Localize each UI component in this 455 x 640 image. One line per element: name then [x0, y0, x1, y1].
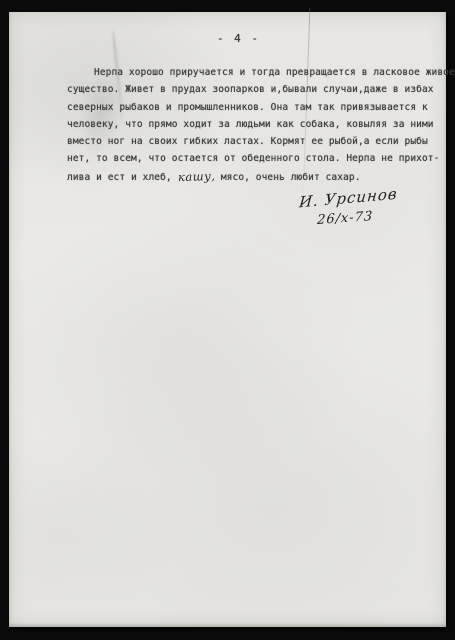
paper-sheet: - 4 - Нерпа хорошо приручается и тогда п… [9, 12, 446, 627]
paragraph-line: Нерпа хорошо приручается и тогда превращ… [67, 64, 429, 81]
handwritten-signature: И. Урсинов [298, 185, 398, 212]
scanned-document: - 4 - Нерпа хорошо приручается и тогда п… [0, 0, 455, 640]
handwritten-insert: кашу, [177, 168, 215, 187]
page-number: - 4 - [9, 32, 446, 45]
handwritten-date: 26/х-73 [317, 209, 374, 228]
typed-paragraph: Нерпа хорошо приручается и тогда превращ… [67, 64, 429, 186]
signature-block: И. Урсинов 26/х-73 [299, 188, 429, 226]
typed-text-before-insert: лива и ест и хлеб, [67, 172, 172, 183]
paragraph-line: северных рыбаков и промышленников. Она т… [67, 99, 429, 116]
paragraph-line-last: лива и ест и хлеб, кашу, мясо, очень люб… [67, 168, 429, 186]
typed-text-after-insert: мясо, очень любит сахар. [215, 172, 361, 183]
paragraph-line: человеку, что прямо ходит за людьми как … [67, 116, 429, 133]
paragraph-line: нет, то всем, что остается от обеденного… [67, 150, 429, 167]
paragraph-line: вместо ног на своих гибких ластах. Кормя… [67, 133, 429, 150]
paragraph-line: существо. Живет в прудах зоопарков и,быв… [67, 81, 429, 98]
